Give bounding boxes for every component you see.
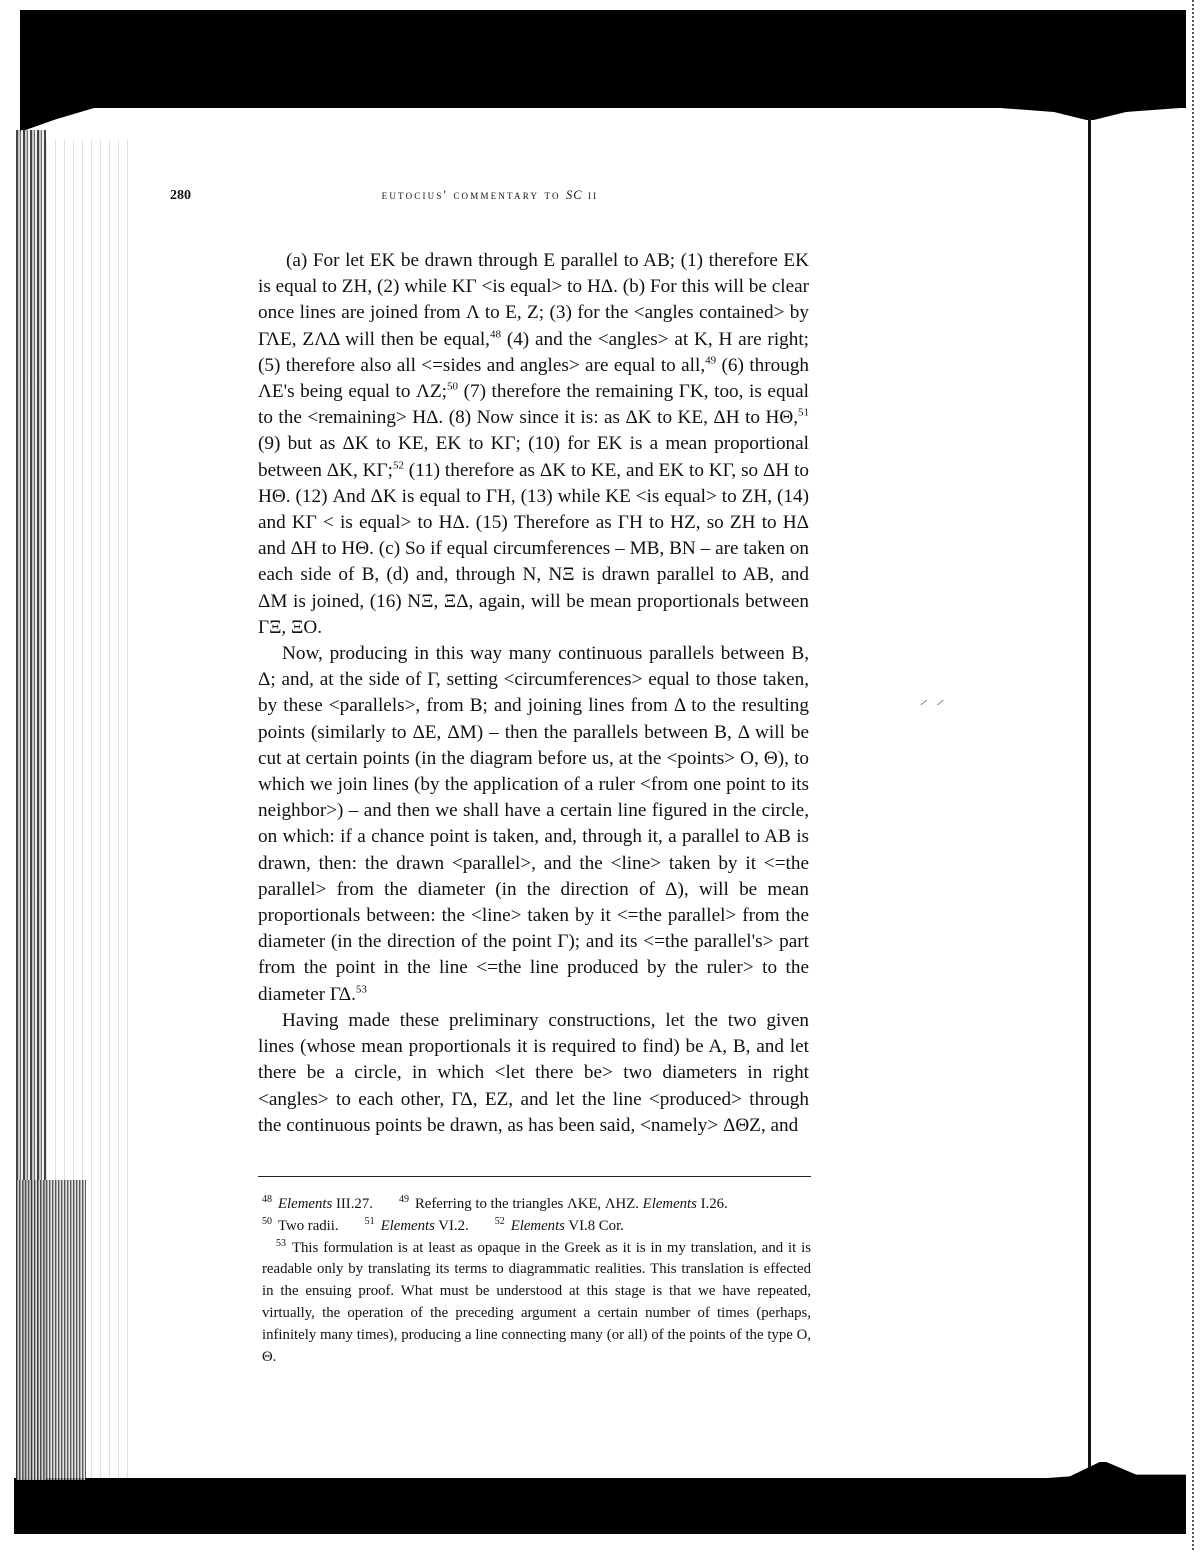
book-binding-dark-corner: [16, 1180, 86, 1480]
paragraph-1: (a) For let EK be drawn through E parall…: [258, 248, 809, 641]
text-segment: Now, producing in this way many continuo…: [258, 643, 809, 1005]
footnote-51-italic: Elements: [381, 1218, 435, 1234]
running-title: EUTOCIUS' COMMENTARY TO SC II: [170, 188, 810, 203]
footnote-50-number: 50: [262, 1216, 272, 1227]
scan-border-bottom: [14, 1478, 1186, 1534]
paragraph-2: Now, producing in this way many continuo…: [258, 641, 809, 1008]
scan-border-top-right-wedge: [1000, 100, 1180, 120]
footnote-48-text: III.27.: [332, 1196, 373, 1212]
scan-right-edge: [1192, 0, 1194, 1552]
footnote-51-text: VI.2.: [435, 1218, 469, 1234]
footnotes: 48Elements III.27.49Referring to the tri…: [262, 1194, 811, 1368]
running-title-text: EUTOCIUS' COMMENTARY TO: [382, 188, 566, 202]
body-text: (a) For let EK be drawn through E parall…: [258, 248, 809, 1139]
footnote-52-italic: Elements: [511, 1218, 565, 1234]
text-segment: Having made these preliminary constructi…: [258, 1010, 809, 1136]
footnote-separator: [258, 1176, 811, 1177]
footnote-48-italic: Elements: [278, 1196, 332, 1212]
text-segment: (11) therefore as ΔK to KE, and EK to KΓ…: [258, 460, 809, 638]
footnote-line-1: 48Elements III.27.49Referring to the tri…: [262, 1194, 811, 1216]
running-head: 280 EUTOCIUS' COMMENTARY TO SC II: [170, 188, 810, 210]
footnote-line-2: 50Two radii.51Elements VI.2.52Elements V…: [262, 1216, 811, 1238]
footnote-ref-50[interactable]: 50: [447, 381, 458, 393]
footnote-49-italic: Elements: [643, 1196, 697, 1212]
footnote-51-number: 51: [365, 1216, 375, 1227]
footnote-49-number: 49: [399, 1194, 409, 1205]
margin-pencil-mark: ⸝ ⸝: [920, 690, 947, 709]
footnote-52-number: 52: [495, 1216, 505, 1227]
footnote-49-text: Referring to the triangles ΛKE, ΛHZ.: [415, 1196, 643, 1212]
footnote-ref-51[interactable]: 51: [798, 407, 809, 419]
scan-border-top-left-wedge: [20, 100, 110, 132]
footnote-53-text: This formulation is at least as opaque i…: [262, 1240, 811, 1365]
footnote-53: 53This formulation is at least as opaque…: [262, 1238, 811, 1369]
footnote-49-text2: I.26.: [697, 1196, 728, 1212]
scan-border-top: [20, 10, 1186, 108]
footnote-ref-49[interactable]: 49: [705, 354, 716, 366]
footnote-ref-48[interactable]: 48: [490, 328, 501, 340]
page-gutter-line: [1088, 118, 1091, 1468]
footnote-52-text: VI.8 Cor.: [565, 1218, 624, 1234]
paragraph-3: Having made these preliminary constructi…: [258, 1008, 809, 1139]
running-title-suffix: II: [583, 188, 599, 202]
footnote-48-number: 48: [262, 1194, 272, 1205]
footnote-53-number: 53: [276, 1238, 286, 1249]
running-title-italic: SC: [566, 188, 583, 202]
footnote-ref-52[interactable]: 52: [393, 459, 404, 471]
footnote-ref-53[interactable]: 53: [356, 983, 367, 995]
footnote-50-text: Two radii.: [278, 1218, 339, 1234]
